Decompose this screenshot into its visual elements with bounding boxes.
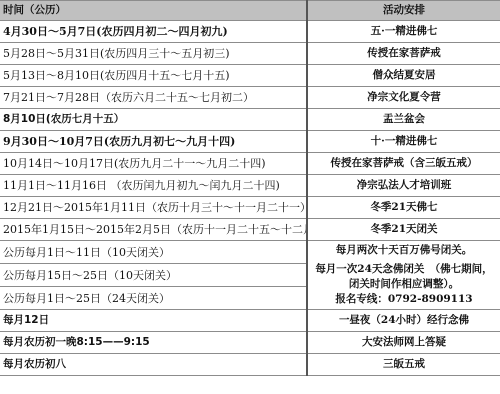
retreat-line-2: 每月一次24天念佛闭关 （佛七期间，闭关时间作相应调整）。 <box>312 262 496 292</box>
time-cell: 12月21日～2015年1月11日（农历十月三十～十一月二十一） <box>0 197 307 219</box>
activity-cell: 僧众结夏安居 <box>307 65 500 87</box>
activity-cell: 净宗文化夏令营 <box>307 87 500 109</box>
table-row: 公历每月1日～11日（10天闭关） 每月两次十天百万佛号闭关。 每月一次24天念… <box>0 241 500 264</box>
table-row: 10月14日～10月17日(农历九月二十一～九月二十四) 传授在家菩萨戒（含三皈… <box>0 153 500 175</box>
activity-cell: 冬季21天佛七 <box>307 197 500 219</box>
table-row: 11月1日～11月16日 （农历闰九月初九～闰九月二十四) 净宗弘法人才培训班 <box>0 175 500 197</box>
activity-schedule-sheet: 时间（公历） 活动安排 4月30日～5月7日(农历四月初二～四月初九) 五·一精… <box>0 0 500 394</box>
time-cell: 9月30日～10月7日(农历九月初七～九月十四) <box>0 131 307 153</box>
time-cell: 公历每月15日～25日（10天闭关） <box>0 264 307 287</box>
time-cell: 4月30日～5月7日(农历四月初二～四月初九) <box>0 21 307 43</box>
table-row: 每月农历初一晚8:15——9:15 大安法师网上答疑 <box>0 332 500 354</box>
time-cell: 11月1日～11月16日 （农历闰九月初九～闰九月二十四) <box>0 175 307 197</box>
time-cell: 2015年1月15日～2015年2月5日（农历十一月二十五～十二月十七） <box>0 219 307 241</box>
activity-cell: 净宗弘法人才培训班 <box>307 175 500 197</box>
time-cell: 公历每月1日～25日（24天闭关） <box>0 287 307 310</box>
table-row: 8月10日(农历七月十五） 盂兰盆会 <box>0 109 500 131</box>
registration-hotline: 报名专线：0792-8909113 <box>312 292 496 307</box>
time-cell: 10月14日～10月17日(农历九月二十一～九月二十四) <box>0 153 307 175</box>
time-cell: 公历每月1日～11日（10天闭关） <box>0 241 307 264</box>
activity-cell: 传授在家菩萨戒（含三皈五戒） <box>307 153 500 175</box>
activity-cell: 冬季21天闭关 <box>307 219 500 241</box>
table-row: 每月12日 一昼夜（24小时）经行念佛 <box>0 310 500 332</box>
time-cell: 5月13日～8月10日(农历四月十五～七月十五) <box>0 65 307 87</box>
header-activity: 活动安排 <box>307 1 500 21</box>
time-cell: 每月农历初一晚8:15——9:15 <box>0 332 307 354</box>
header-row: 时间（公历） 活动安排 <box>0 1 500 21</box>
time-cell: 8月10日(农历七月十五） <box>0 109 307 131</box>
activity-cell: 三皈五戒 <box>307 354 500 376</box>
activity-cell: 盂兰盆会 <box>307 109 500 131</box>
table-row: 12月21日～2015年1月11日（农历十月三十～十一月二十一） 冬季21天佛七 <box>0 197 500 219</box>
retreat-info-cell: 每月两次十天百万佛号闭关。 每月一次24天念佛闭关 （佛七期间，闭关时间作相应调… <box>307 241 500 310</box>
activity-cell: 五·一精进佛七 <box>307 21 500 43</box>
activity-cell: 一昼夜（24小时）经行念佛 <box>307 310 500 332</box>
table-row: 每月农历初八 三皈五戒 <box>0 354 500 376</box>
time-cell: 每月农历初八 <box>0 354 307 376</box>
table-row: 4月30日～5月7日(农历四月初二～四月初九) 五·一精进佛七 <box>0 21 500 43</box>
table-row: 7月21日～7月28日（农历六月二十五～七月初二） 净宗文化夏令营 <box>0 87 500 109</box>
activity-cell: 大安法师网上答疑 <box>307 332 500 354</box>
activity-cell: 十·一精进佛七 <box>307 131 500 153</box>
header-time: 时间（公历） <box>0 1 307 21</box>
time-cell: 7月21日～7月28日（农历六月二十五～七月初二） <box>0 87 307 109</box>
time-cell: 5月28日～5月31日(农历四月三十～五月初三) <box>0 43 307 65</box>
table-row: 9月30日～10月7日(农历九月初七～九月十四) 十·一精进佛七 <box>0 131 500 153</box>
time-cell: 每月12日 <box>0 310 307 332</box>
activity-cell: 传授在家菩萨戒 <box>307 43 500 65</box>
table-row: 5月28日～5月31日(农历四月三十～五月初三) 传授在家菩萨戒 <box>0 43 500 65</box>
table-row: 2015年1月15日～2015年2月5日（农历十一月二十五～十二月十七） 冬季2… <box>0 219 500 241</box>
table-row: 5月13日～8月10日(农历四月十五～七月十五) 僧众结夏安居 <box>0 65 500 87</box>
retreat-line-1: 每月两次十天百万佛号闭关。 <box>312 243 496 258</box>
schedule-table: 时间（公历） 活动安排 4月30日～5月7日(农历四月初二～四月初九) 五·一精… <box>0 0 500 376</box>
